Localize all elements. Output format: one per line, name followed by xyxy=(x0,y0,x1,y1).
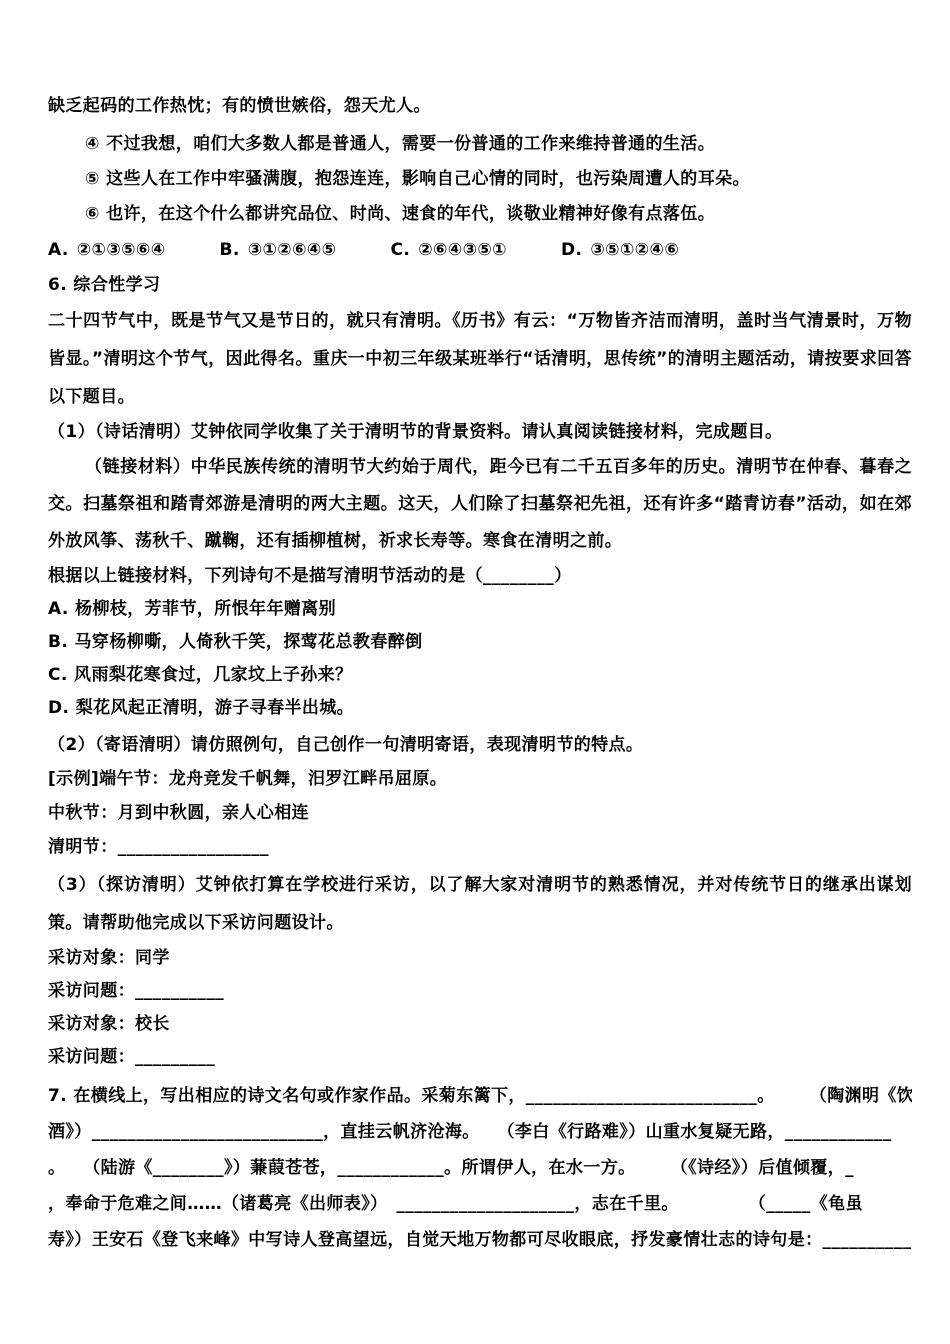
q6-part3-interview-lines: 采访对象：同学 采访问题：__________ 采访对象：校长 采访问题：___… xyxy=(48,942,912,1074)
q5-choice-d: D.③⑤①②④⑥ xyxy=(561,234,679,267)
q5-choice-b-label: B. xyxy=(220,240,240,260)
q5-item-6: ⑥ 也许，在这个什么都讲究品位、时尚、速食的年代，谈敬业精神好像有点落伍。 xyxy=(48,197,912,232)
q6-part1-linked-material: （链接材料）中华民族传统的清明节大约始于周代，距今已有二千五百多年的历史。清明节… xyxy=(48,449,912,560)
interview-question-blank-1: 采访问题：__________ xyxy=(48,975,912,1008)
q5-choice-c-label: C. xyxy=(390,240,410,260)
q6-intro-paragraph: 二十四节气中，既是节气又是节日的，就只有清明。《历书》有云：“万物皆齐洁而清明，… xyxy=(48,302,912,416)
q6-part2-heading: （2）（寄语清明）请仿照例句，自己创作一句清明寄语，表现清明节的特点。 xyxy=(48,729,912,762)
q6-number: 6. xyxy=(48,275,67,295)
q5-choice-b: B.③①②⑥④⑤ xyxy=(220,234,337,267)
q7-fill-in-blanks: 7. 在横线上，写出相应的诗文名句或作家作品。采菊东篱下，___________… xyxy=(48,1078,912,1258)
q7-line-3: 。 （陆游《________》）蒹葭苍苍，____________。所谓伊人，在… xyxy=(48,1150,912,1186)
q6-part1-option-c: C. 风雨梨花寒食过，几家坟上子孙来？ xyxy=(48,659,912,692)
q6-part2-example: [示例]端午节：龙舟竞发千帆舞，汨罗江畔吊屈原。 xyxy=(48,762,912,796)
q6-part1-option-a: A. 杨柳枝，芳菲节，所恨年年赠离别 xyxy=(48,593,912,626)
q5-choice-d-label: D. xyxy=(561,240,582,260)
interview-target-students: 采访对象：同学 xyxy=(48,942,912,975)
q7-line-4: ，奉命于危难之间……（诸葛亮《出师表》） ___________________… xyxy=(48,1186,912,1222)
q6-part1-option-b: B. 马穿杨柳嘶，人倚秋千笑，探莺花总教春醉倒 xyxy=(48,626,912,659)
q6-part1-options: A. 杨柳枝，芳菲节，所恨年年赠离别 B. 马穿杨柳嘶，人倚秋千笑，探莺花总教春… xyxy=(48,593,912,725)
q6-part1-question: 根据以上链接材料，下列诗句不是描写清明节活动的是（________） xyxy=(48,560,912,593)
q5-item-5: ⑤ 这些人在工作中牢骚满腹，抱怨连连，影响自己心情的同时，也污染周遭人的耳朵。 xyxy=(48,162,912,197)
q5-choice-c: C.②⑥④③⑤① xyxy=(390,234,507,267)
q5-choice-a: A.②①③⑤⑥④ xyxy=(48,234,166,267)
interview-question-blank-2: 采访问题：_________ xyxy=(48,1041,912,1074)
q6-part1-heading: （1）（诗话清明）艾钟依同学收集了关于清明节的背景资料。请认真阅读链接材料，完成… xyxy=(48,416,912,449)
q5-choice-b-value: ③①②⑥④⑤ xyxy=(248,240,337,260)
q5-choice-c-value: ②⑥④③⑤① xyxy=(418,240,507,260)
q6-part3-heading: （3）（探访清明）艾钟依打算在学校进行采访，以了解大家对清明节的熟悉情况，并对传… xyxy=(48,866,912,942)
q6-part2-mid-autumn: 中秋节：月到中秋圆，亲人心相连 xyxy=(48,796,912,830)
q5-continuation-line: 缺乏起码的工作热忱；有的愤世嫉俗，怨天尤人。 xyxy=(48,90,912,123)
q6-heading: 6. 综合性学习 xyxy=(48,269,912,302)
interview-target-principal: 采访对象：校长 xyxy=(48,1008,912,1041)
q6-part1-option-d: D. 梨花风起正清明，游子寻春半出城。 xyxy=(48,692,912,725)
q5-choice-row: A.②①③⑤⑥④ B.③①②⑥④⑤ C.②⑥④③⑤① D.③⑤①②④⑥ xyxy=(48,234,912,267)
q6-title: 综合性学习 xyxy=(73,275,160,295)
q7-line-1: 7. 在横线上，写出相应的诗文名句或作家作品。采菊东篱下，___________… xyxy=(48,1078,912,1114)
q5-choice-a-label: A. xyxy=(48,240,69,260)
q5-item-4: ④ 不过我想，咱们大多数人都是普通人，需要一份普通的工作来维持普通的生活。 xyxy=(48,127,912,162)
q6-part2-qingming-blank: 清明节：_________________ xyxy=(48,830,912,864)
q7-line-5: 寿》）王安石《登飞来峰》中写诗人登高望远，自觉天地万物都可尽收眼底，抒发豪情壮志… xyxy=(48,1222,912,1258)
q5-choice-a-value: ②①③⑤⑥④ xyxy=(77,240,166,260)
q7-line-2: 酒》）__________________________，直挂云帆济沧海。 （… xyxy=(48,1114,912,1150)
q5-sentence-items: ④ 不过我想，咱们大多数人都是普通人，需要一份普通的工作来维持普通的生活。 ⑤ … xyxy=(48,127,912,232)
exam-document-page: 缺乏起码的工作热忱；有的愤世嫉俗，怨天尤人。 ④ 不过我想，咱们大多数人都是普通… xyxy=(0,0,950,1344)
q5-choice-d-value: ③⑤①②④⑥ xyxy=(590,240,679,260)
